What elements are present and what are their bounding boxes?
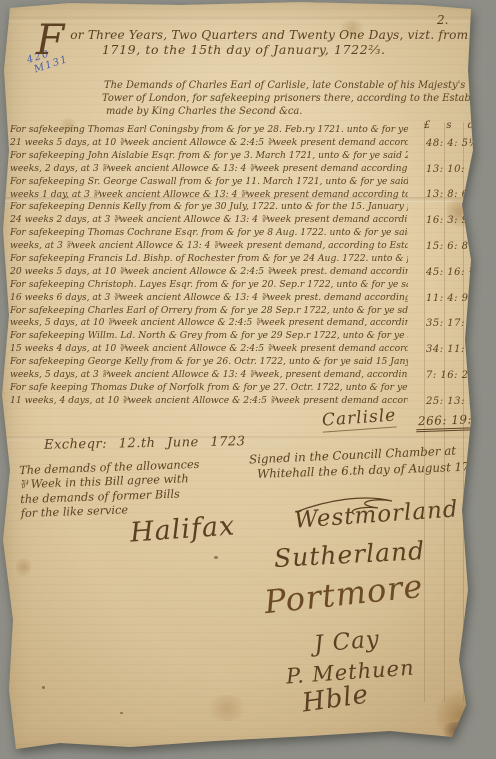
table-row: For safekeeping Dennis Kelly from & for … xyxy=(10,201,474,227)
entry-amount: 45: 16: ¼ xyxy=(426,267,479,278)
document-subtitle: The Demands of Charles Earl of Carlisle,… xyxy=(104,79,476,118)
entry-text: For safekeeping Francis Ld. Bishp. of Ro… xyxy=(10,253,408,266)
entry-text: 16 weeks 6 days, at 3 ⅌week ancient Allo… xyxy=(10,292,408,305)
subtitle-line-3: made by King Charles the Second &ca. xyxy=(106,105,461,118)
entry-text: For safekeeping Dennis Kelly from & for … xyxy=(10,201,408,214)
entry-text: 24 weeks 2 days, at 3 ⅌week ancient Allo… xyxy=(10,214,408,227)
entry-text: weeks, 2 days, at 3 ⅌week ancient Allowc… xyxy=(10,163,408,176)
entry-text: For safekeeping Sr. George Caswall from … xyxy=(10,176,408,189)
entry-text: weeks, 5 days, at 10 ⅌week ancient Allow… xyxy=(10,317,408,330)
entry-amount: 16: 3: 9¾ xyxy=(426,215,479,226)
ink-speck xyxy=(120,712,123,714)
entry-amount: 25: 13: 11½ xyxy=(426,396,492,407)
paper-sheet-wrap: 2. 420 M131 For Three Years, Two Quarter… xyxy=(0,0,496,759)
title-line-2: 1719, to the 15th day of January, 1722⅔. xyxy=(102,42,472,57)
table-row: For safekeeping Thomas Cochrane Esqr. fr… xyxy=(10,227,474,253)
exchequer-note-body: The demands of the allowances ⅌ Week in … xyxy=(19,458,201,522)
table-row: For safekeeping Christoph. Layes Esqr. f… xyxy=(10,279,474,305)
entry-amount: 48: 4: 5¼ xyxy=(426,138,479,149)
entry-text: For safekeeping Thomas Cochrane Esqr. fr… xyxy=(10,227,408,240)
table-row: For safekeeping John Aislabie Esqr. from… xyxy=(10,150,474,176)
table-row: For safekeeping Francis Ld. Bishp. of Ro… xyxy=(10,253,474,279)
entry-text: weeks, 5 days, at 3 ⅌week ancient Allowc… xyxy=(10,369,408,382)
entry-text: For safekeeping Christoph. Layes Esqr. f… xyxy=(10,279,408,292)
entry-text: 15 weeks 4 days, at 10 ⅌week ancient All… xyxy=(10,343,408,356)
entry-text: For safekeeping George Kelly from & for … xyxy=(10,356,408,369)
entry-text: For safekeeping Willm. Ld. North & Grey … xyxy=(10,330,408,343)
entry-amount: 13: 10: 5 xyxy=(426,164,475,175)
entry-amount: 11: 4: 9¼ xyxy=(426,293,479,304)
entry-text: 11 weeks, 4 days, at 10 ⅌week ancient Al… xyxy=(10,395,408,408)
charges-table: For safekeeping Thomas Earl Coningsby fr… xyxy=(10,124,474,408)
table-row: For safekeeping Willm. Ld. North & Grey … xyxy=(10,330,474,356)
page-number: 2. xyxy=(437,13,448,27)
total-amount: 266: 19: 6. xyxy=(416,412,491,433)
manuscript-photo: { "colors": { "ink": "#5a4022", "paper":… xyxy=(0,0,496,759)
manuscript-page: 2. 420 M131 For Three Years, Two Quarter… xyxy=(0,0,496,759)
entry-text: For safekeeping Thomas Earl Coningsby fr… xyxy=(10,124,408,137)
title-line-1: For Three Years, Two Quarters and Twenty… xyxy=(36,27,459,42)
entry-text: weeks 1 day, at 3 ⅌week ancient Allowce … xyxy=(10,189,408,202)
entry-amount: 15: 6: 8 xyxy=(426,241,469,252)
table-row: For safekeeping Thomas Earl Coningsby fr… xyxy=(10,124,474,150)
entry-amount: 34: 11: 7½ xyxy=(426,344,486,355)
entry-text: For safe keeping Thomas Duke of Norfolk … xyxy=(10,382,408,395)
subtitle-line-1: The Demands of Charles Earl of Carlisle,… xyxy=(104,79,461,92)
table-row: For safe keeping Thomas Duke of Norfolk … xyxy=(10,382,474,408)
entry-amount: 35: 17: 11¾ xyxy=(426,318,492,329)
entry-amount: 7: 16: 2¼ xyxy=(426,370,479,381)
table-row: For safekeeping George Kelly from & for … xyxy=(10,356,474,382)
entry-amount: 13: 8: 6¾ xyxy=(426,189,479,200)
ink-speck xyxy=(42,686,45,689)
entry-text: 21 weeks 5 days, at 10 ⅌week ancient All… xyxy=(10,137,408,150)
entry-text: 20 weeks 5 days, at 10 ⅌week ancient All… xyxy=(10,266,408,279)
entry-text: For safekeeping Charles Earl of Orrery f… xyxy=(10,305,408,318)
table-row: For safekeeping Charles Earl of Orrery f… xyxy=(10,305,474,331)
subtitle-line-2: Tower of London, for safekeeping prisone… xyxy=(102,92,461,105)
entry-text: weeks, at 3 ⅌week ancient Allowce & 13: … xyxy=(10,240,408,253)
entry-text: For safekeeping John Aislabie Esqr. from… xyxy=(10,150,408,163)
ink-speck xyxy=(214,556,218,559)
table-row: For safekeeping Sr. George Caswall from … xyxy=(10,176,474,202)
document-title: For Three Years, Two Quarters and Twenty… xyxy=(36,27,472,57)
